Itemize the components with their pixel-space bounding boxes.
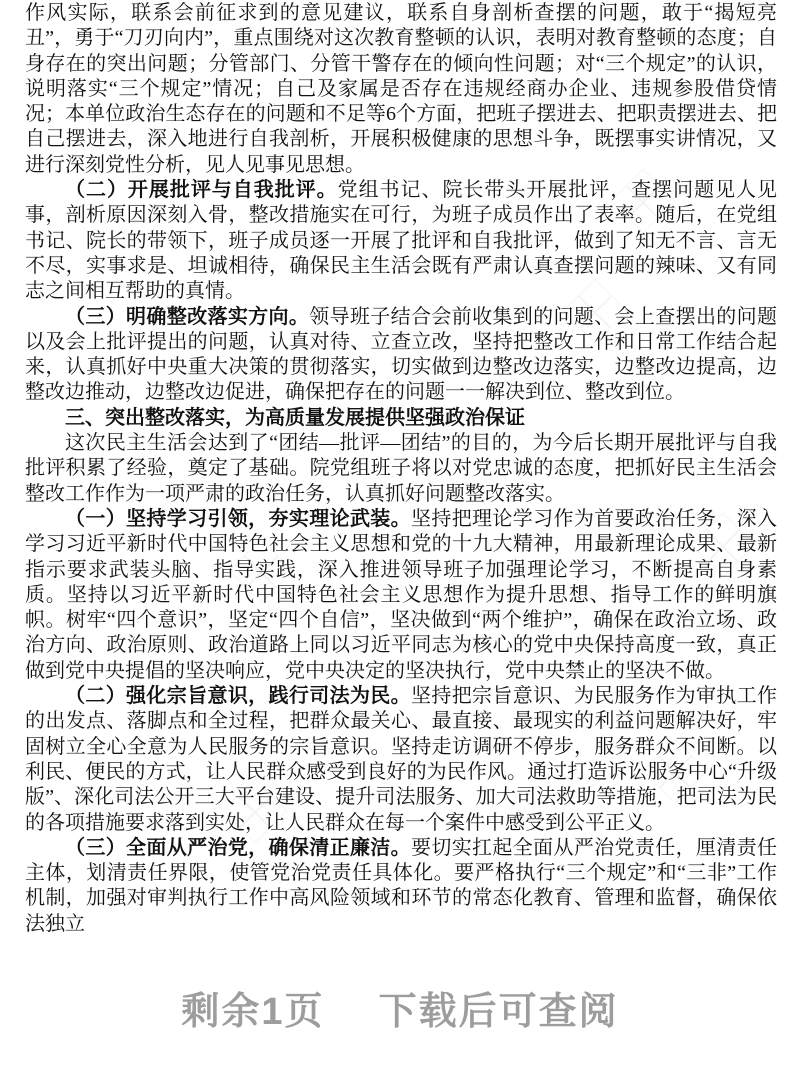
section-heading-three: 三、突出整改落实，为高质量发展提供坚强政治保证 — [25, 406, 777, 431]
subheading-bold: （三）全面从严治党，确保清正廉洁。 — [65, 837, 411, 859]
download-hint-banner: 剩余1页下载后可查阅 — [0, 980, 800, 1035]
paragraph-meeting-result: 这次民主生活会达到了“团结—批评—团结”的目的，为今后长期开展批评与自我批评积累… — [25, 431, 777, 507]
paragraph-theory-learning: （一）坚持学习引领，夯实理论武装。坚持把理论学习作为首要政治任务，深入学习习近平… — [25, 507, 777, 684]
download-hint-label: 下载后可查阅 — [379, 991, 619, 1033]
paragraph-text: 坚持把宗旨意识、为民服务作为审执工作的出发点、落脚点和全过程，把群众最关心、最直… — [25, 685, 777, 833]
subheading-bold: （三）明确整改落实方向。 — [65, 306, 309, 328]
subheading-bold: （一）坚持学习引领，夯实理论武装。 — [65, 508, 411, 530]
paragraph-text: 这次民主生活会达到了“团结—批评—团结”的目的，为今后长期开展批评与自我批评积累… — [25, 432, 777, 505]
paragraph-continuation: 作风实际，联系会前征求到的意见建议，联系自身剖析查摆的问题，敢于“揭短亮丑”，勇… — [25, 1, 777, 178]
subheading-bold: （二）强化宗旨意识，践行司法为民。 — [65, 685, 411, 707]
document-body: 作风实际，联系会前征求到的意见建议，联系自身剖析查摆的问题，敢于“揭短亮丑”，勇… — [25, 1, 777, 937]
paragraph-justice-for-people: （二）强化宗旨意识，践行司法为民。坚持把宗旨意识、为民服务作为审执工作的出发点、… — [25, 684, 777, 836]
paragraph-rectification-direction: （三）明确整改落实方向。领导班子结合会前收集到的问题、会上查摆出的问题以及会上批… — [25, 305, 777, 406]
paragraph-text: 坚持把理论学习作为首要政治任务，深入学习习近平新时代中国特色社会主义思想和党的十… — [25, 508, 777, 682]
paragraph-criticism: （二）开展批评与自我批评。党组书记、院长带头开展批评，查摆问题见人见事，剖析原因… — [25, 178, 777, 304]
section-heading-text: 三、突出整改落实，为高质量发展提供坚强政治保证 — [65, 407, 525, 429]
subheading-bold: （二）开展批评与自我批评。 — [65, 179, 338, 201]
pages-remaining-label: 剩余1页 — [181, 991, 324, 1033]
paragraph-party-discipline: （三）全面从严治党，确保清正廉洁。要切实扛起全面从严治党责任，厘清责任主体，划清… — [25, 836, 777, 937]
paragraph-text: 作风实际，联系会前征求到的意见建议，联系自身剖析查摆的问题，敢于“揭短亮丑”，勇… — [25, 2, 777, 176]
document-page: 作风实际，联系会前征求到的意见建议，联系自身剖析查摆的问题，敢于“揭短亮丑”，勇… — [0, 0, 800, 1085]
